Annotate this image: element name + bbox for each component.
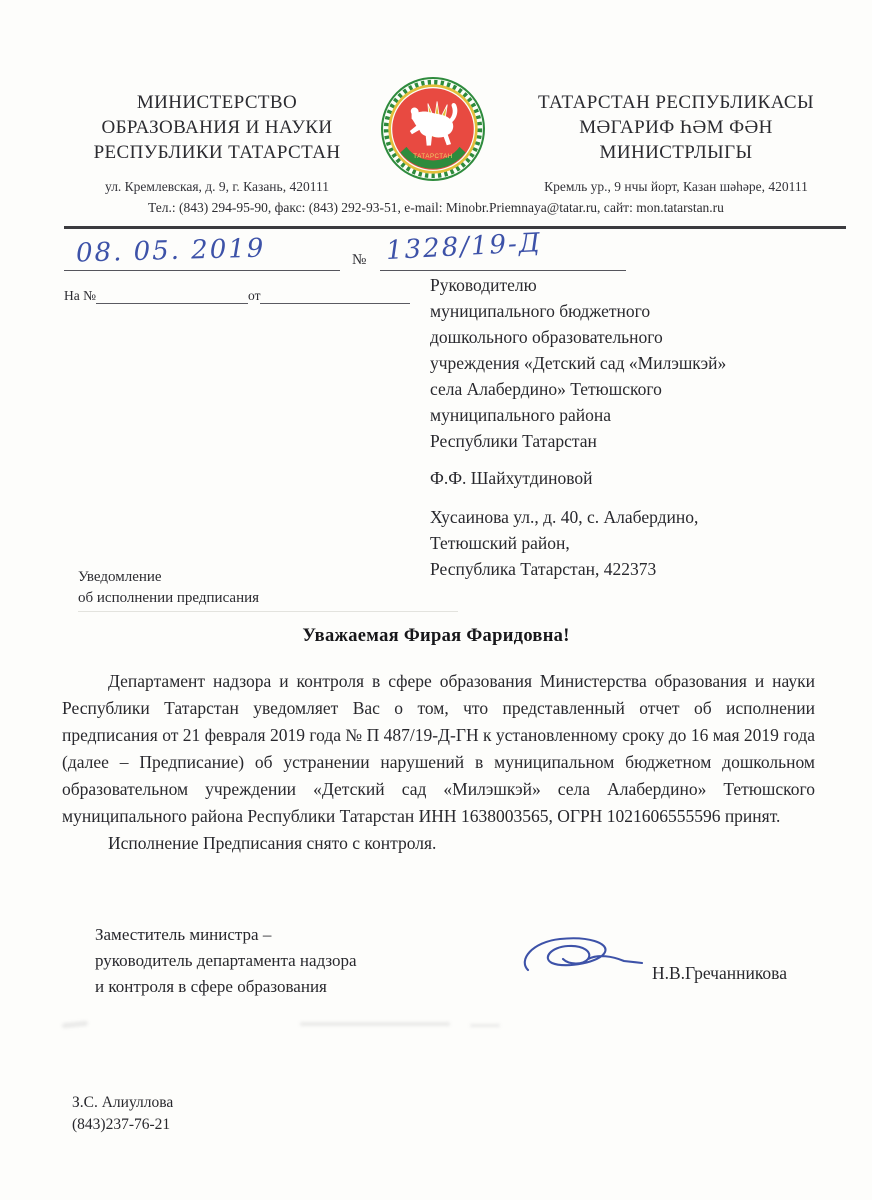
handwritten-signature-icon [512, 930, 652, 992]
executor-block: З.С. Алиуллова (843)237-76-21 [72, 1092, 173, 1136]
ministry-name-tt-line: МИНИСТРЛЫГЫ [498, 140, 854, 165]
scan-smudge [300, 1022, 450, 1026]
ministry-name-tt: ТАТАРСТАН РЕСПУБЛИКАСЫ МӘГАРИФ ҺӘМ ФӘН М… [498, 90, 854, 195]
handwritten-date: 08. 05. 2019 [76, 234, 266, 269]
body-paragraph-1: Департамент надзора и контроля в сфере о… [62, 668, 815, 830]
recipient-line: муниципального района [430, 402, 830, 428]
signer-name: Н.В.Гречанникова [652, 963, 787, 984]
ministry-name-ru-line: МИНИСТЕРСТВО [58, 90, 376, 115]
handwritten-number: 1328/19-Д [385, 228, 542, 266]
ministry-address-ru: ул. Кремлевская, д. 9, г. Казань, 420111 [58, 179, 376, 195]
executor-name: З.С. Алиуллова [72, 1092, 173, 1114]
reference-row: 08. 05. 2019 № 1328/19-Д [64, 234, 584, 276]
ministry-address-tt: Кремль ур., 9 нчы йорт, Казан шәһәре, 42… [498, 179, 854, 195]
scan-smudge [470, 1024, 500, 1027]
recipient-address: Хусаинова ул., д. 40, с. Алабердино, Тет… [430, 504, 830, 582]
scanned-letter-page: МИНИСТЕРСТВО ОБРАЗОВАНИЯ И НАУКИ РЕСПУБЛ… [0, 0, 872, 1200]
ministry-name-tt-line: ТАТАРСТАН РЕСПУБЛИКАСЫ [498, 90, 854, 115]
recipient-address-line: Тетюшский район, [430, 530, 830, 556]
ministry-name-ru-line: ОБРАЗОВАНИЯ И НАУКИ [58, 115, 376, 140]
recipient-line: муниципального бюджетного [430, 298, 830, 324]
subject-line1: Уведомление [78, 567, 458, 588]
ot-label: от [248, 288, 260, 303]
recipient-line: Руководителю [430, 272, 830, 298]
recipient-address-line: Хусаинова ул., д. 40, с. Алабердино, [430, 504, 830, 530]
number-sign: № [352, 252, 366, 269]
na-label: На № [64, 288, 96, 303]
contact-line: Тел.: (843) 294-95-90, факс: (843) 292-9… [0, 200, 872, 216]
recipient-block: Руководителю муниципального бюджетного д… [430, 272, 830, 582]
ministry-name-tt-line: МӘГАРИФ ҺӘМ ФӘН [498, 115, 854, 140]
tatarstan-coat-of-arms-icon: ТАТАРСТАН [380, 76, 486, 182]
signer-position-line: Заместитель министра – [95, 922, 357, 948]
signer-position-line: и контроля в сфере образования [95, 974, 357, 1000]
date-underline [64, 270, 340, 271]
salutation: Уважаемая Фирая Фаридовна! [0, 626, 872, 647]
emblem-label: ТАТАРСТАН [413, 153, 453, 160]
recipient-line: села Алабердино» Тетюшского [430, 376, 830, 402]
signer-position-line: руководитель департамента надзора [95, 948, 357, 974]
ministry-name-ru-line: РЕСПУБЛИКИ ТАТАРСТАН [58, 140, 376, 165]
scan-smudge [62, 1021, 88, 1029]
header-divider [64, 226, 846, 229]
executor-phone: (843)237-76-21 [72, 1114, 173, 1136]
recipient-line: дошкольного образовательного [430, 324, 830, 350]
subject-line2: об исполнении предписания [78, 588, 458, 612]
na-blank [96, 290, 248, 304]
reply-reference-line: На №от [64, 288, 410, 304]
recipient-name: Ф.Ф. Шайхутдиновой [430, 465, 830, 491]
signer-position: Заместитель министра – руководитель депа… [95, 922, 357, 1000]
ministry-name-ru: МИНИСТЕРСТВО ОБРАЗОВАНИЯ И НАУКИ РЕСПУБЛ… [58, 90, 376, 195]
body-paragraph-2: Исполнение Предписания снято с контроля. [62, 830, 815, 857]
recipient-address-line: Республика Татарстан, 422373 [430, 556, 830, 582]
recipient-line: Республики Татарстан [430, 428, 830, 454]
recipient-line: учреждения «Детский сад «Милэшкэй» [430, 350, 830, 376]
ot-blank [260, 290, 410, 304]
subject-block: Уведомление об исполнении предписания [78, 567, 458, 612]
letter-body: Департамент надзора и контроля в сфере о… [62, 668, 815, 857]
number-underline [380, 270, 626, 271]
